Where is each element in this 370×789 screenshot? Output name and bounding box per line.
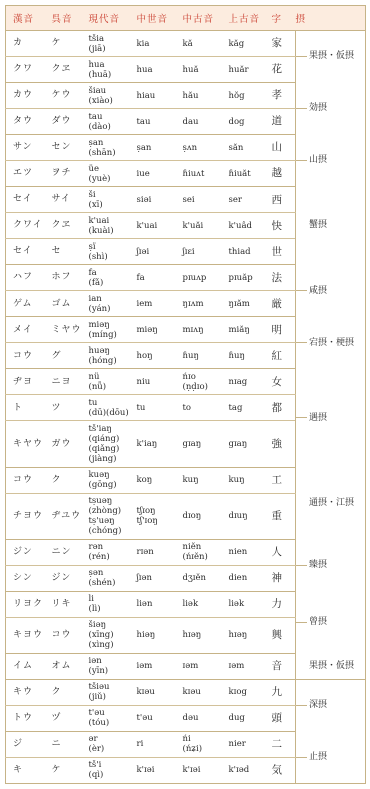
chuseion-cell: ṣan	[137, 135, 183, 161]
jokoon-cell-line: ŋɪăm	[229, 299, 270, 309]
gendaion-cell-line: (èr)	[89, 744, 135, 754]
gendaion-cell: nü(nǚ)	[89, 369, 137, 395]
table-row: コウクkuəŋ(gōng)koŋkuŋkuŋ工通摂・江摂	[6, 467, 366, 493]
gendaion-cell-line: (jiàng)	[89, 454, 135, 464]
goon-cell: ク	[52, 679, 89, 705]
gendaion-cell-line: miəŋ	[89, 320, 135, 330]
goon-cell: ミヤウ	[52, 317, 89, 343]
kanon-cell: タウ	[6, 109, 52, 135]
gendaion-cell-line: rən	[89, 542, 135, 552]
ji-cell: 人	[272, 539, 296, 565]
gendaion-cell: ər(èr)	[89, 731, 137, 757]
chuseion-cell-line: iue	[137, 169, 181, 179]
chukoon-cell-line: to	[183, 403, 227, 413]
chukoon-cell-line: (ṇḍɪo)	[183, 382, 227, 392]
chuseion-cell-line: kɪəu	[137, 687, 181, 697]
chuseion-cell: koŋ	[137, 467, 183, 493]
jokoon-cell-line: dien	[229, 573, 270, 583]
chukoon-cell-line: ɦuŋ	[183, 351, 227, 361]
gendaion-cell-line: ši	[89, 190, 135, 200]
chukoon-cell: dau	[183, 109, 229, 135]
gendaion-cell-line: (shì)	[89, 252, 135, 262]
setsu-label: 深摂	[296, 700, 365, 711]
kanon-cell: クワ	[6, 57, 52, 83]
chukoon-cell-line: ṣʌn	[183, 143, 227, 153]
setsu-label: 咸摂	[296, 286, 365, 297]
jokoon-cell: nɪag	[229, 369, 272, 395]
gendaion-cell: tu(dū)(dōu)	[89, 395, 137, 421]
chuseion-cell-line: k'uai	[137, 221, 181, 231]
chukoon-cell: kuŋ	[183, 467, 229, 493]
chuseion-cell-line: tau	[137, 117, 181, 127]
chuseion-cell: kia	[137, 31, 183, 57]
jokoon-cell: tag	[229, 395, 272, 421]
ji-cell: 強	[272, 421, 296, 467]
chukoon-cell-line: dɪoŋ	[183, 511, 227, 521]
chukoon-cell: hău	[183, 83, 229, 109]
jokoon-cell-line: ɦiuăt	[229, 169, 270, 179]
chukoon-cell-line: hău	[183, 91, 227, 101]
jokoon-cell: k'ɪəd	[229, 757, 272, 783]
chukoon-cell: niĕn(ńɪĕn)	[183, 539, 229, 565]
ji-cell: 頭	[272, 705, 296, 731]
kanon-cell: ハフ	[6, 265, 52, 291]
chukoon-cell-line: dəu	[183, 713, 227, 723]
ji-cell: 西	[272, 187, 296, 213]
chuseion-cell-line: tʃ'ɪoŋ	[137, 516, 181, 526]
kanon-cell: ゲム	[6, 291, 52, 317]
gendaion-cell-line: iən	[89, 656, 135, 666]
chuseion-cell: niu	[137, 369, 183, 395]
kanon-cell: ト	[6, 395, 52, 421]
chuseion-cell-line: iəm	[137, 661, 181, 671]
kanon-cell: カ	[6, 31, 52, 57]
gendaion-cell: üe(yuè)	[89, 161, 137, 187]
ji-cell: 重	[272, 493, 296, 539]
gendaion-cell-line: (jiǔ)	[89, 692, 135, 702]
gendaion-cell: tṣuəŋ(zhòng)tṣ'uəŋ(chóng)	[89, 493, 137, 539]
chukoon-cell: hɪəŋ	[183, 617, 229, 653]
gendaion-cell-line: tu	[89, 398, 135, 408]
gendaion-cell-line: šiau	[89, 86, 135, 96]
chuseion-cell: iem	[137, 291, 183, 317]
chukoon-cell: huă	[183, 57, 229, 83]
gendaion-cell-line: (qiáng)	[89, 434, 135, 444]
chukoon-cell: sei	[183, 187, 229, 213]
ji-cell: 花	[272, 57, 296, 83]
gendaion-cell-line: (huā)	[89, 70, 135, 80]
chuseion-cell-line: rɪən	[137, 547, 181, 557]
table-row: キウクtšiəu(jiǔ)kɪəukɪəukɪog九深摂	[6, 679, 366, 705]
jokoon-cell: ɦiuăt	[229, 161, 272, 187]
gendaion-cell: tšiəu(jiǔ)	[89, 679, 137, 705]
chuseion-cell-line: hua	[137, 65, 181, 75]
gendaion-cell: tšia(jiā)	[89, 31, 137, 57]
ji-cell: 神	[272, 565, 296, 591]
jokoon-cell: miăŋ	[229, 317, 272, 343]
jokoon-cell-line: kɪog	[229, 687, 270, 697]
jokoon-cell-line: nien	[229, 547, 270, 557]
gendaion-cell-line: tau	[89, 112, 135, 122]
gendaion-cell: miəŋ(míng)	[89, 317, 137, 343]
chukoon-cell: dəu	[183, 705, 229, 731]
setsu-label: 宕摂・梗摂	[296, 338, 365, 349]
chukoon-cell-line: sei	[183, 195, 227, 205]
gendaion-cell: šiəŋ(xīng)(xìng)	[89, 617, 137, 653]
kanon-cell: コウ	[6, 343, 52, 369]
chukoon-cell-line: ɦiuʌt	[183, 169, 227, 179]
goon-cell: ヂユウ	[52, 493, 89, 539]
gendaion-cell-line: (yīn)	[89, 666, 135, 676]
chukoon-cell: liək	[183, 591, 229, 617]
goon-cell: ガウ	[52, 421, 89, 467]
jokoon-cell-line: dug	[229, 713, 270, 723]
chukoon-cell: ńɪo(ṇḍɪo)	[183, 369, 229, 395]
chuseion-cell-line: k'iaŋ	[137, 439, 181, 449]
kanon-cell: セイ	[6, 239, 52, 265]
kanon-cell: クワイ	[6, 213, 52, 239]
goon-cell: ニヨ	[52, 369, 89, 395]
gendaion-cell-line: li	[89, 594, 135, 604]
chuseion-cell: hua	[137, 57, 183, 83]
chukoon-cell: mɪʌŋ	[183, 317, 229, 343]
setsu-cell: 止摂	[296, 731, 366, 783]
jokoon-cell-line: tag	[229, 403, 270, 413]
chuseion-cell-line: kia	[137, 39, 181, 49]
gendaion-cell-line: ian	[89, 294, 135, 304]
chuseion-cell-line: k'ɪəi	[137, 765, 181, 775]
ji-cell: 気	[272, 757, 296, 783]
gendaion-cell-line: (chóng)	[89, 526, 135, 536]
chukoon-cell: ʃɪɛi	[183, 239, 229, 265]
ji-cell: 都	[272, 395, 296, 421]
gendaion-cell-line: (gōng)	[89, 480, 135, 490]
chukoon-cell-line: dʒɪĕn	[183, 573, 227, 583]
chuseion-cell: tau	[137, 109, 183, 135]
chukoon-cell: ɪəm	[183, 653, 229, 679]
jokoon-cell-line: k'uâd	[229, 221, 270, 231]
jokoon-cell: huăr	[229, 57, 272, 83]
table-row: リヨクリキli(lì)liənliəkliək力曾摂	[6, 591, 366, 617]
kanon-cell: キ	[6, 757, 52, 783]
kanon-cell: キウ	[6, 679, 52, 705]
chukoon-cell-line: niĕn	[183, 542, 227, 552]
chukoon-cell-line: k'uăi	[183, 221, 227, 231]
chukoon-cell-line: ʃɪɛi	[183, 247, 227, 257]
gendaion-cell: fa(fǎ)	[89, 265, 137, 291]
setsu-cell: 遇摂	[296, 369, 366, 467]
gendaion-cell: li(lì)	[89, 591, 137, 617]
chuseion-cell: k'iaŋ	[137, 421, 183, 467]
chukoon-cell-line: hɪəŋ	[183, 630, 227, 640]
col-header-chukoon: 中古音	[183, 6, 229, 31]
chukoon-cell-line: ńɪo	[183, 372, 227, 382]
jokoon-cell: dien	[229, 565, 272, 591]
setsu-label: 蟹摂	[296, 220, 365, 231]
chuseion-cell: k'uai	[137, 213, 183, 239]
table-row: メイミヤウmiəŋ(míng)miəŋmɪʌŋmiăŋ明宕摂・梗摂	[6, 317, 366, 343]
table-row: ジンニンrən(rén)rɪənniĕn(ńɪĕn)nien人臻摂	[6, 539, 366, 565]
chuseion-cell-line: ri	[137, 739, 181, 749]
setsu-cell: 臻摂	[296, 539, 366, 591]
setsu-label: 山摂	[296, 155, 365, 166]
gendaion-cell-line: tṣuəŋ	[89, 496, 135, 506]
goon-cell: グ	[52, 343, 89, 369]
chuseion-cell: hiəŋ	[137, 617, 183, 653]
chukoon-cell: ɦiuʌt	[183, 161, 229, 187]
chuseion-cell: iəm	[137, 653, 183, 679]
kanon-cell: ジ	[6, 731, 52, 757]
goon-cell: サイ	[52, 187, 89, 213]
setsu-cell: 蟹摂	[296, 187, 366, 265]
ji-cell: 越	[272, 161, 296, 187]
kanon-cell: シン	[6, 565, 52, 591]
chukoon-cell: kɪəu	[183, 679, 229, 705]
gendaion-cell-line: (dū)(dōu)	[89, 408, 135, 418]
gendaion-cell: t'əu(tóu)	[89, 705, 137, 731]
chukoon-cell-line: mɪʌŋ	[183, 325, 227, 335]
chuseion-cell-line: liən	[137, 599, 181, 609]
setsu-cell: 効摂	[296, 83, 366, 135]
gendaion-cell-line: (fǎ)	[89, 278, 135, 288]
ji-cell: 道	[272, 109, 296, 135]
kanon-cell: セイ	[6, 187, 52, 213]
chukoon-cell-line: huă	[183, 65, 227, 75]
table-row: セイサイši(xī)siəiseiser西蟹摂	[6, 187, 366, 213]
chukoon-cell-line: ɪəm	[183, 661, 227, 671]
kanon-cell: キヤウ	[6, 421, 52, 467]
chuseion-cell: tʃɪoŋtʃ'ɪoŋ	[137, 493, 183, 539]
page: 漢音 呉音 現代音 中世音 中古音 上古音 字 摂 カケtšia(jiā)kia…	[0, 0, 370, 789]
chuseion-cell-line: ʃɪəi	[137, 247, 181, 257]
gendaion-cell-line: tš'i	[89, 760, 135, 770]
gendaion-cell-line: üe	[89, 164, 135, 174]
kanon-cell: エツ	[6, 161, 52, 187]
gendaion-cell-line: (yán)	[89, 304, 135, 314]
chukoon-cell: pɪuʌp	[183, 265, 229, 291]
setsu-label: 通摂・江摂	[296, 498, 365, 509]
gendaion-cell: ṣï(shì)	[89, 239, 137, 265]
goon-cell: ゴム	[52, 291, 89, 317]
goon-cell: ケウ	[52, 83, 89, 109]
table-row: ジニər(èr)rińi(ńʑi)nier二止摂	[6, 731, 366, 757]
goon-cell: ホフ	[52, 265, 89, 291]
jokoon-cell-line: gɪaŋ	[229, 439, 270, 449]
kanon-cell: リヨク	[6, 591, 52, 617]
gendaion-cell-line: (nǚ)	[89, 382, 135, 392]
ji-cell: 工	[272, 467, 296, 493]
chukoon-cell-line: dau	[183, 117, 227, 127]
jokoon-cell-line: thiad	[229, 247, 270, 257]
table-row: ハフホフfa(fǎ)fapɪuʌppɪuăp法咸摂	[6, 265, 366, 291]
gendaion-cell: huəŋ(hóng)	[89, 343, 137, 369]
gendaion-cell-line: huəŋ	[89, 346, 135, 356]
col-header-jokoon: 上古音	[229, 6, 272, 31]
ji-cell: 紅	[272, 343, 296, 369]
chuseion-cell-line: hiau	[137, 91, 181, 101]
jokoon-cell-line: pɪuăp	[229, 273, 270, 283]
gendaion-cell-line: (rén)	[89, 552, 135, 562]
col-header-ji: 字	[272, 6, 296, 31]
gendaion-cell-line: (hóng)	[89, 356, 135, 366]
gendaion-cell-line: (yuè)	[89, 174, 135, 184]
gendaion-cell-line: (xīng)	[89, 630, 135, 640]
ji-cell: 家	[272, 31, 296, 57]
ji-cell: 九	[272, 679, 296, 705]
goon-cell: クヱ	[52, 57, 89, 83]
goon-cell: リキ	[52, 591, 89, 617]
chuseion-cell: hoŋ	[137, 343, 183, 369]
gendaion-cell-line: (dào)	[89, 122, 135, 132]
gendaion-cell-line: (shén)	[89, 578, 135, 588]
col-header-setsu: 摂	[296, 6, 366, 31]
chuseion-cell-line: miəŋ	[137, 325, 181, 335]
kanon-cell: チヨウ	[6, 493, 52, 539]
goon-cell: ク	[52, 467, 89, 493]
table-row: サンセンṣan(shān)ṣanṣʌnsăn山山摂	[6, 135, 366, 161]
table-row: カケtšia(jiā)kiakăkăg家果摂・仮摂	[6, 31, 366, 57]
chukoon-cell-line: ńi	[183, 734, 227, 744]
setsu-cell: 咸摂	[296, 265, 366, 317]
gendaion-cell: ṣən(shén)	[89, 565, 137, 591]
chuseion-cell: k'ɪəi	[137, 757, 183, 783]
setsu-label: 臻摂	[296, 560, 365, 571]
chukoon-cell: dɪoŋ	[183, 493, 229, 539]
gendaion-cell-line: tšiəu	[89, 682, 135, 692]
kanon-cell: メイ	[6, 317, 52, 343]
header-row: 漢音 呉音 現代音 中世音 中古音 上古音 字 摂	[6, 6, 366, 31]
gendaion-cell-line: (xiào)	[89, 96, 135, 106]
chukoon-cell-line: (ńɪĕn)	[183, 552, 227, 562]
chukoon-cell-line: k'ɪəi	[183, 765, 227, 775]
ji-cell: 孝	[272, 83, 296, 109]
gendaion-cell: tš'iaŋ(qiáng)(qiǎng)(jiàng)	[89, 421, 137, 467]
chuseion-cell: ʃɪəi	[137, 239, 183, 265]
jokoon-cell: ɦuŋ	[229, 343, 272, 369]
kanon-cell: トウ	[6, 705, 52, 731]
jokoon-cell-line: dog	[229, 117, 270, 127]
chukoon-cell: to	[183, 395, 229, 421]
gendaion-cell-line: šiəŋ	[89, 620, 135, 630]
chuseion-cell: fa	[137, 265, 183, 291]
setsu-label: 果摂・仮摂	[296, 51, 365, 62]
gendaion-cell-line: (shān)	[89, 148, 135, 158]
chukoon-cell: kă	[183, 31, 229, 57]
goon-cell: セン	[52, 135, 89, 161]
jokoon-cell: kɪog	[229, 679, 272, 705]
chuseion-cell-line: hoŋ	[137, 351, 181, 361]
chuseion-cell-line: t'əu	[137, 713, 181, 723]
chukoon-cell-line: (ńʑi)	[183, 744, 227, 754]
gendaion-cell-line: (xìng)	[89, 640, 135, 650]
setsu-cell: 通摂・江摂	[296, 467, 366, 539]
jokoon-cell: dɪuŋ	[229, 493, 272, 539]
chuseion-cell: kɪəu	[137, 679, 183, 705]
table-body: カケtšia(jiā)kiakăkăg家果摂・仮摂クワクヱhua(huā)hua…	[6, 31, 366, 784]
kanon-cell: サン	[6, 135, 52, 161]
jokoon-cell: hɪəŋ	[229, 617, 272, 653]
chuseion-cell-line: niu	[137, 377, 181, 387]
gendaion-cell-line: fa	[89, 268, 135, 278]
ji-cell: 明	[272, 317, 296, 343]
goon-cell: セ	[52, 239, 89, 265]
gendaion-cell-line: tṣ'uəŋ	[89, 516, 135, 526]
ji-cell: 女	[272, 369, 296, 395]
gendaion-cell: hua(huā)	[89, 57, 137, 83]
jokoon-cell: kăg	[229, 31, 272, 57]
gendaion-cell-line: (zhòng)	[89, 506, 135, 516]
chukoon-cell: k'ɪəi	[183, 757, 229, 783]
gendaion-cell: ian(yán)	[89, 291, 137, 317]
chuseion-cell-line: ṣan	[137, 143, 181, 153]
chuseion-cell-line: tʃɪoŋ	[137, 506, 181, 516]
gendaion-cell-line: kuəŋ	[89, 470, 135, 480]
gendaion-cell-line: ṣən	[89, 568, 135, 578]
gendaion-cell-line: ṣan	[89, 138, 135, 148]
chukoon-cell: gɪaŋ	[183, 421, 229, 467]
ji-cell: 力	[272, 591, 296, 617]
jokoon-cell: pɪuăp	[229, 265, 272, 291]
table-row: イムオムiən(yīn)iəmɪəmɪəm音果摂・仮摂	[6, 653, 366, 679]
gendaion-cell: tš'i(qì)	[89, 757, 137, 783]
kanon-cell: イム	[6, 653, 52, 679]
jokoon-cell: gɪaŋ	[229, 421, 272, 467]
jokoon-cell-line: hɪəŋ	[229, 630, 270, 640]
goon-cell: ヲチ	[52, 161, 89, 187]
gendaion-cell-line: nü	[89, 372, 135, 382]
chukoon-cell: ṣʌn	[183, 135, 229, 161]
goon-cell: ジン	[52, 565, 89, 591]
goon-cell: ケ	[52, 31, 89, 57]
setsu-cell: 果摂・仮摂	[296, 653, 366, 679]
chuseion-cell: ʃɪən	[137, 565, 183, 591]
jokoon-cell-line: liək	[229, 599, 270, 609]
gendaion-cell: šiau(xiào)	[89, 83, 137, 109]
chukoon-cell: ɦuŋ	[183, 343, 229, 369]
goon-cell: ダウ	[52, 109, 89, 135]
jokoon-cell-line: k'ɪəd	[229, 765, 270, 775]
chukoon-cell-line: pɪuʌp	[183, 273, 227, 283]
chuseion-cell-line: hiəŋ	[137, 630, 181, 640]
ji-cell: 山	[272, 135, 296, 161]
chuseion-cell: miəŋ	[137, 317, 183, 343]
chuseion-cell: liən	[137, 591, 183, 617]
jokoon-cell: kuŋ	[229, 467, 272, 493]
kanon-cell: ヂヨ	[6, 369, 52, 395]
gendaion-cell-line: ṣï	[89, 242, 135, 252]
gendaion-cell: ṣan(shān)	[89, 135, 137, 161]
gendaion-cell-line: (qiǎng)	[89, 444, 135, 454]
chuseion-cell: siəi	[137, 187, 183, 213]
kanon-cell: カウ	[6, 83, 52, 109]
goon-cell: ニ	[52, 731, 89, 757]
jokoon-cell: hŏg	[229, 83, 272, 109]
goon-cell: ケ	[52, 757, 89, 783]
chukoon-cell-line: kɪəu	[183, 687, 227, 697]
goon-cell: オム	[52, 653, 89, 679]
gendaion-cell: k'uai(kuài)	[89, 213, 137, 239]
ji-cell: 音	[272, 653, 296, 679]
gendaion-cell-line: (tóu)	[89, 718, 135, 728]
chuseion-cell-line: tu	[137, 403, 181, 413]
chukoon-cell-line: liək	[183, 599, 227, 609]
setsu-label: 遇摂	[296, 413, 365, 424]
setsu-cell: 宕摂・梗摂	[296, 317, 366, 369]
jokoon-cell-line: săn	[229, 143, 270, 153]
goon-cell: クヱ	[52, 213, 89, 239]
table-row: カウケウšiau(xiào)hiauhăuhŏg孝効摂	[6, 83, 366, 109]
gendaion-cell-line: (kuài)	[89, 226, 135, 236]
